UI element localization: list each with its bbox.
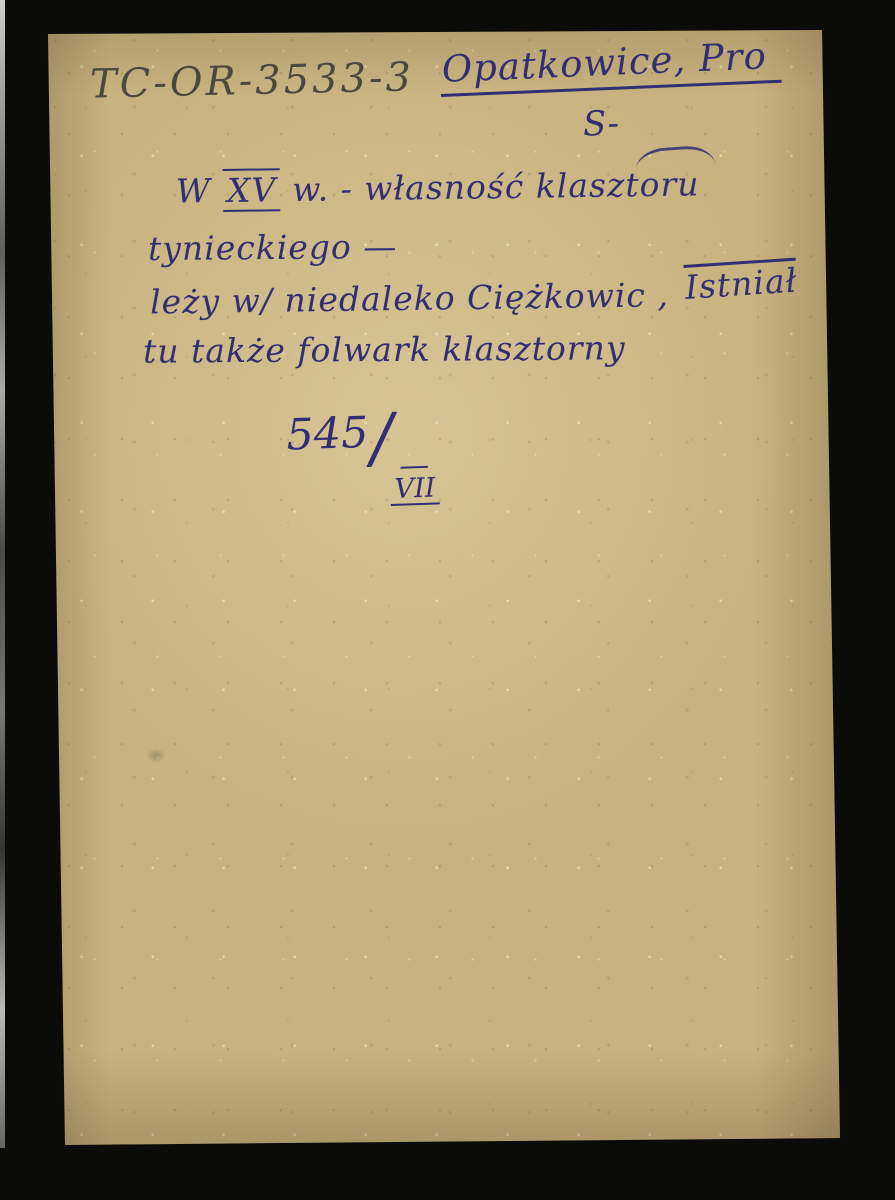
reference-roman-numeral: VII: [390, 474, 440, 506]
roman-numeral-xv: XV: [223, 168, 281, 212]
reference-main-number: 545: [285, 408, 369, 461]
note-line-3-main: leży w/ niedaleko Ciężkowic ,: [150, 275, 669, 321]
film-edge-strip: [0, 0, 5, 1148]
paper-smudge: [146, 748, 166, 763]
index-card: TC-OR-3533-3 Opatkowice, Pro S- WXVw. - …: [0, 0, 895, 1200]
note-line-1-rest: w. - własność klasztoru: [292, 164, 700, 209]
scan-background: { "colors": { "bg": "#0b0b0a", "paper": …: [0, 0, 895, 1200]
note-line-3: leży w/ niedaleko Ciężkowic ,Istniał: [150, 273, 798, 321]
card-title: Opatkowice, Pro: [439, 34, 782, 97]
catalog-number: TC-OR-3533-3: [90, 54, 415, 107]
note-line-4: tu także folwark klasztorny: [143, 328, 626, 370]
reference-number: 545/—VII: [285, 397, 440, 509]
card-subtitle: S-: [582, 103, 619, 144]
note-line-2: tynieckiego —: [148, 227, 398, 268]
note-line-3-tail: Istniał: [684, 261, 799, 307]
note-line-1-prefix: W: [176, 171, 211, 210]
note-line-1: WXVw. - własność klasztoru: [176, 162, 700, 212]
